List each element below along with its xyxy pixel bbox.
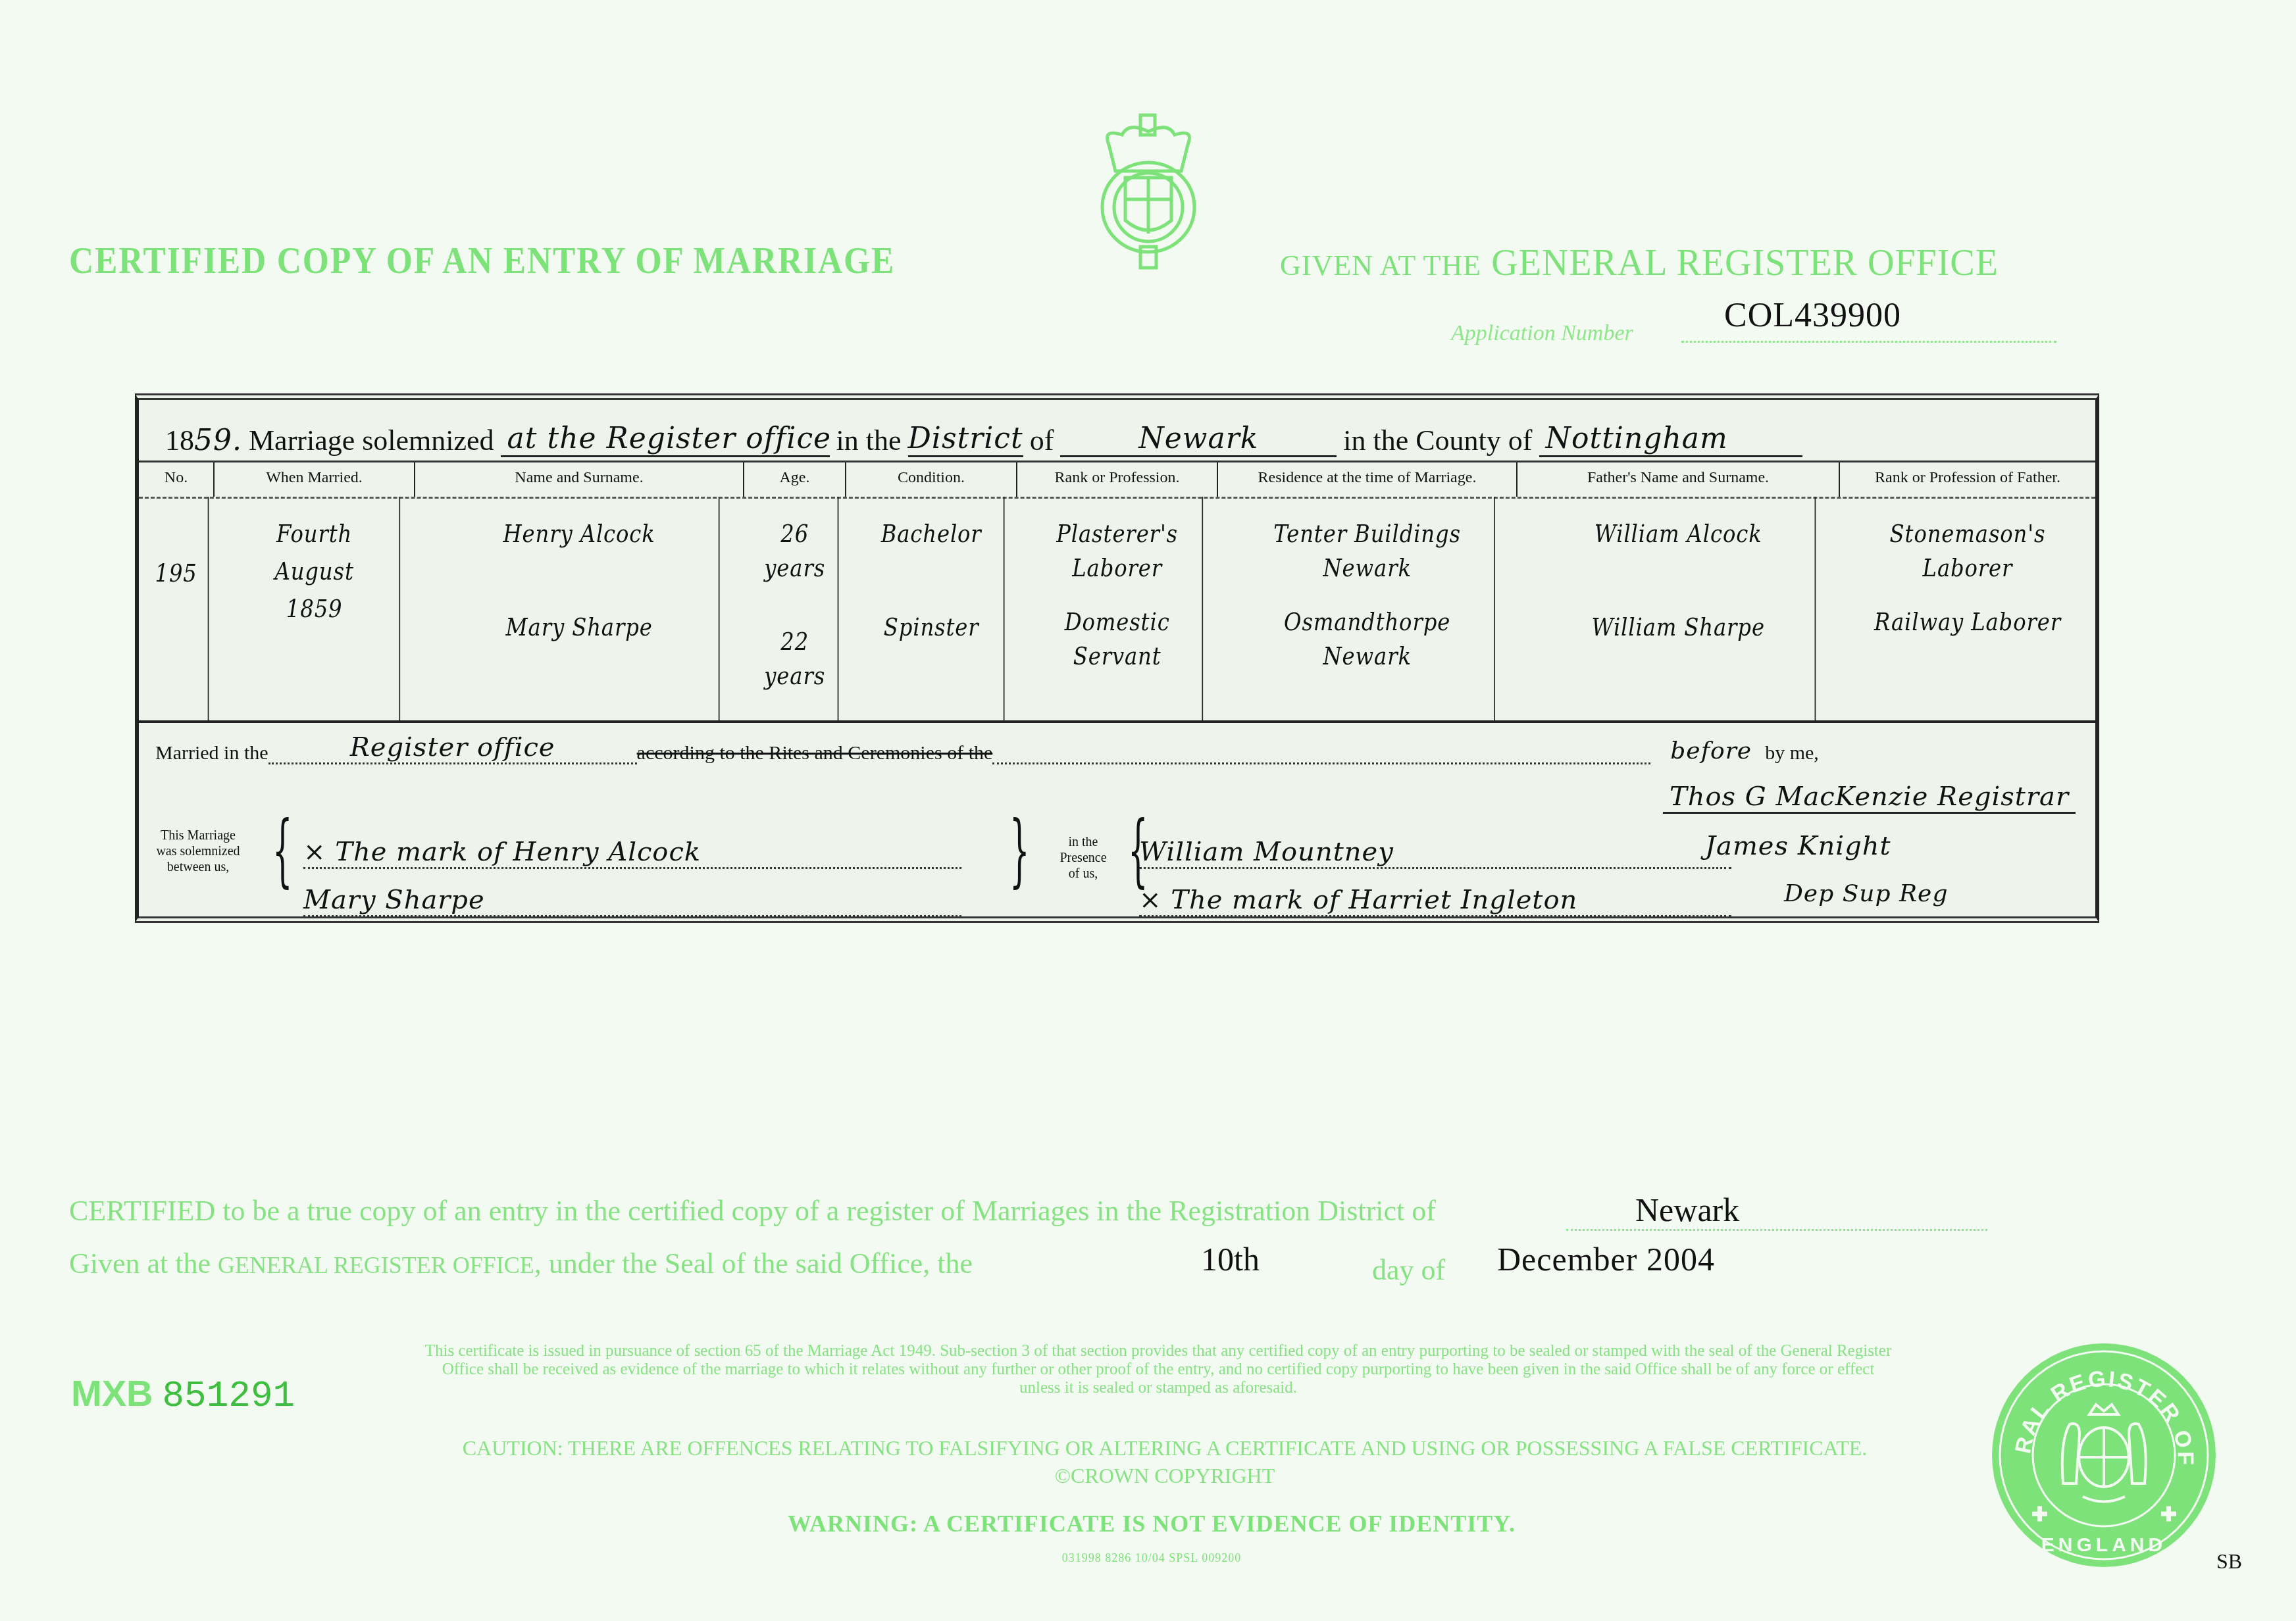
married-in-line: Married in the Register office according… bbox=[155, 732, 2082, 764]
table-row: 195 Fourth August 1859 Henry Alcock Mary… bbox=[139, 497, 2095, 723]
parties-signatures: × The mark of Henry Alcock Mary Sharpe bbox=[303, 821, 961, 917]
register-header-line: 1859. Marriage solemnized at the Registe… bbox=[165, 408, 2089, 457]
certification-line-2: Given at the General Register Office, un… bbox=[69, 1247, 973, 1280]
col-header-age: Age. bbox=[744, 462, 846, 497]
column-headers: No. When Married. Name and Surname. Age.… bbox=[139, 461, 2095, 499]
svg-text:✚: ✚ bbox=[2031, 1504, 2048, 1526]
witness-signature: × The mark of Harriet Ingleton bbox=[1139, 869, 1731, 917]
certificate-serial-number: MXB 851291 bbox=[71, 1372, 295, 1417]
col-header-condition: Condition. bbox=[846, 462, 1017, 497]
year-handwritten: 59. bbox=[194, 424, 242, 457]
bride-name: Mary Sharpe bbox=[440, 610, 719, 644]
given-at-heading: Given at the GENERAL REGISTER OFFICE bbox=[1280, 242, 1999, 284]
caution-notice: CAUTION: THERE ARE OFFENCES RELATING TO … bbox=[434, 1434, 1895, 1489]
registrar-signature: Thos G MacKenzie Registrar bbox=[1663, 782, 2076, 814]
issue-day: 10th bbox=[1201, 1240, 1260, 1278]
clerk-initials: SB bbox=[2216, 1549, 2242, 1574]
deputy-signature: James Knight bbox=[1705, 831, 1891, 861]
col-header-residence: Residence at the time of Marriage. bbox=[1218, 462, 1518, 497]
col-header-father-rank: Rank or Profession of Father. bbox=[1840, 462, 2095, 497]
party-signature: Mary Sharpe bbox=[303, 869, 961, 917]
certificate-title: CERTIFIED COPY OF AN ENTRY OF MARRIAGE bbox=[69, 240, 895, 282]
district-dotted-line bbox=[1566, 1229, 1987, 1231]
certified-district: Newark bbox=[1635, 1191, 1739, 1229]
presence-label: in the Presence of us, bbox=[1054, 834, 1113, 882]
witness-signature: William Mountney bbox=[1139, 821, 1731, 869]
solemnized-place: at the Register office bbox=[501, 422, 830, 457]
col-header-name: Name and Surname. bbox=[415, 462, 744, 497]
col-header-when: When Married. bbox=[215, 462, 415, 497]
application-number-label: Application Number bbox=[1451, 321, 1633, 346]
deputy-title: Dep Sup Reg bbox=[1784, 880, 1948, 907]
col-header-father: Father's Name and Surname. bbox=[1518, 462, 1840, 497]
svg-text:✚: ✚ bbox=[2160, 1504, 2177, 1526]
identity-warning: WARNING: A CERTIFICATE IS NOT EVIDENCE O… bbox=[658, 1510, 1645, 1537]
district-value: Newark bbox=[1060, 422, 1337, 457]
application-number-value: COL439900 bbox=[1724, 296, 1901, 335]
col-header-no: No. bbox=[139, 462, 215, 497]
register-entry-table: 1859. Marriage solemnized at the Registe… bbox=[135, 393, 2099, 923]
application-number-dotted-line bbox=[1681, 341, 2056, 343]
issue-month-year: December 2004 bbox=[1497, 1240, 1715, 1278]
entry-number: 195 bbox=[145, 556, 208, 590]
gro-seal-icon: GENERAL REGISTER OFFICE ENGLAND ✚ ✚ bbox=[1991, 1342, 2218, 1569]
svg-text:ENGLAND: ENGLAND bbox=[2041, 1534, 2166, 1556]
solemnized-between-label: This Marriage was solemnized between us, bbox=[152, 828, 244, 875]
form-code: 031998 8286 10/04 SPSL 009200 bbox=[658, 1551, 1645, 1565]
county-value: Nottingham bbox=[1539, 422, 1802, 457]
groom-name: Henry Alcock bbox=[440, 516, 719, 551]
witnesses-signatures: William Mountney × The mark of Harriet I… bbox=[1139, 821, 1731, 917]
col-header-rank: Rank or Profession. bbox=[1017, 462, 1218, 497]
royal-crest-icon bbox=[1089, 109, 1208, 273]
certification-line-1: CERTIFIED to be a true copy of an entry … bbox=[69, 1194, 1436, 1228]
party-signature: × The mark of Henry Alcock bbox=[303, 821, 961, 869]
legal-notice: This certificate is issued in pursuance … bbox=[421, 1342, 1895, 1397]
